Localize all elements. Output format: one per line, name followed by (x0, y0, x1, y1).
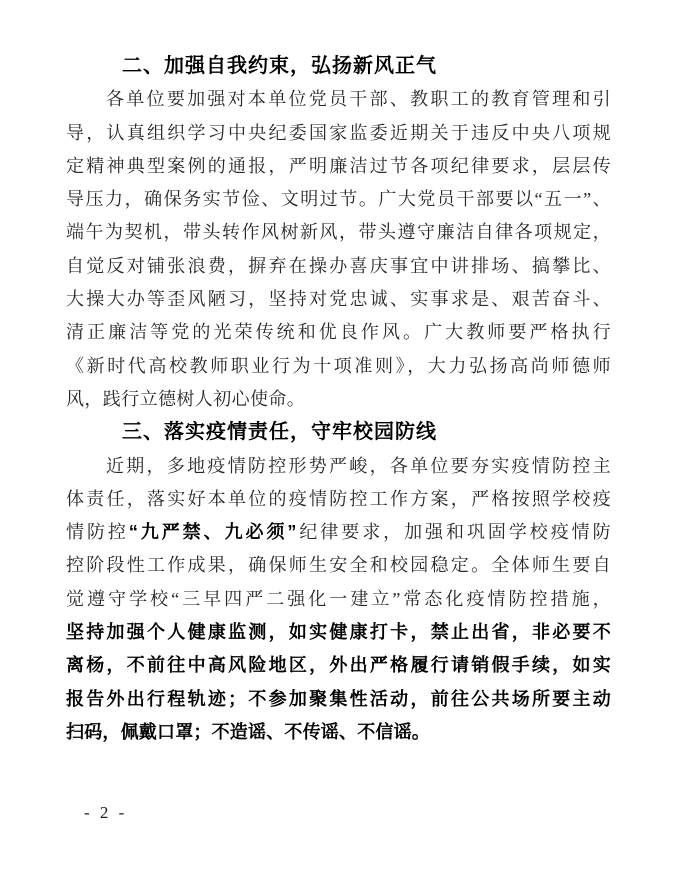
text-run: 二、加强自我约束，弘扬新风正气 (122, 55, 437, 77)
text-line: 近期，多地疫情防控形势严峻，各单位要夯实疫情防控主 (66, 450, 611, 483)
text-run: 自觉反对铺张浪费，摒弃在操办喜庆事宜中讲排场、搞攀比、 (66, 256, 611, 276)
text-line: 坚持加强个人健康监测，如实健康打卡，禁止出省，非必要不 (66, 616, 611, 649)
text-line: 体责任，落实好本单位的疫情防控工作方案，严格按照学校疫 (66, 483, 611, 516)
text-run: 导压力，确保务实节俭、文明过节。广大党员干部要以“五一”、 (66, 189, 611, 209)
text-run: 离杨，不前往中高风险地区，外出严格履行请销假手续，如实 (66, 655, 611, 675)
document-body: 二、加强自我约束，弘扬新风正气各单位要加强对本单位党员干部、教职工的教育管理和引… (66, 50, 611, 749)
text-run: 情防控 (66, 522, 129, 542)
bold-text-run: “九严禁、九必须” (129, 522, 297, 542)
text-line: 导，认真组织学习中央纪委国家监委近期关于违反中央八项规 (66, 117, 611, 150)
text-line: 各单位要加强对本单位党员干部、教职工的教育管理和引 (66, 83, 611, 116)
text-line: 清正廉洁等党的光荣传统和优良作风。广大教师要严格执行 (66, 316, 611, 349)
text-line: 导压力，确保务实节俭、文明过节。广大党员干部要以“五一”、 (66, 183, 611, 216)
text-run: 坚持加强个人健康监测，如实健康打卡，禁止出省，非必要不 (66, 622, 611, 642)
text-line: 控阶段性工作成果，确保师生安全和校园稳定。全体师生要自 (66, 549, 611, 582)
text-run: 风，践行立德树人初心使命。 (66, 389, 305, 409)
text-run: 觉遵守学校“三早四严二强化一建立”常态化疫情防控措施， (66, 589, 611, 609)
text-line: 离杨，不前往中高风险地区，外出严格履行请销假手续，如实 (66, 649, 611, 682)
page-number: - 2 - (84, 803, 127, 823)
text-line: 端午为契机，带头转作风树新风，带头遵守廉洁自律各项规定， (66, 216, 611, 249)
text-run: 扫码，佩戴口罩；不造谣、不传谣、不信谣。 (66, 722, 430, 742)
text-line: 定精神典型案例的通报，严明廉洁过节各项纪律要求，层层传 (66, 150, 611, 183)
text-run: 三、落实疫情责任，守牢校园防线 (122, 421, 437, 443)
text-line: 《新时代高校教师职业行为十项准则》，大力弘扬高尚师德师 (66, 350, 611, 383)
text-run: 报告外出行程轨迹；不参加聚集性活动，前往公共场所要主动 (66, 689, 611, 709)
text-run: 体责任，落实好本单位的疫情防控工作方案，严格按照学校疫 (66, 489, 611, 509)
text-run: 定精神典型案例的通报，严明廉洁过节各项纪律要求，层层传 (66, 156, 611, 176)
text-line: 风，践行立德树人初心使命。 (66, 383, 611, 416)
text-run: 清正廉洁等党的光荣传统和优良作风。广大教师要严格执行 (66, 322, 611, 342)
text-run: 端午为契机，带头转作风树新风，带头遵守廉洁自律各项规定， (66, 222, 611, 242)
text-line: 情防控“九严禁、九必须”纪律要求，加强和巩固学校疫情防 (66, 516, 611, 549)
text-line: 觉遵守学校“三早四严二强化一建立”常态化疫情防控措施， (66, 583, 611, 616)
section-heading: 二、加强自我约束，弘扬新风正气 (66, 50, 611, 83)
text-run: 大操大办等歪风陋习，坚持对党忠诚、实事求是、艰苦奋斗、 (66, 289, 611, 309)
text-line: 大操大办等歪风陋习，坚持对党忠诚、实事求是、艰苦奋斗、 (66, 283, 611, 316)
text-line: 报告外出行程轨迹；不参加聚集性活动，前往公共场所要主动 (66, 683, 611, 716)
section-heading: 三、落实疫情责任，守牢校园防线 (66, 416, 611, 449)
text-line: 自觉反对铺张浪费，摒弃在操办喜庆事宜中讲排场、搞攀比、 (66, 250, 611, 283)
text-line: 扫码，佩戴口罩；不造谣、不传谣、不信谣。 (66, 716, 611, 749)
text-run: 各单位要加强对本单位党员干部、教职工的教育管理和引 (106, 89, 611, 109)
text-run: 《新时代高校教师职业行为十项准则》，大力弘扬高尚师德师 (66, 356, 611, 376)
page-number-text: - 2 - (84, 803, 127, 822)
text-run: 纪律要求，加强和巩固学校疫情防 (297, 522, 611, 542)
text-run: 近期，多地疫情防控形势严峻，各单位要夯实疫情防控主 (106, 456, 611, 476)
text-run: 控阶段性工作成果，确保师生安全和校园稳定。全体师生要自 (66, 555, 611, 575)
document-page: 二、加强自我约束，弘扬新风正气各单位要加强对本单位党员干部、教职工的教育管理和引… (0, 0, 675, 885)
text-run: 导，认真组织学习中央纪委国家监委近期关于违反中央八项规 (66, 123, 611, 143)
